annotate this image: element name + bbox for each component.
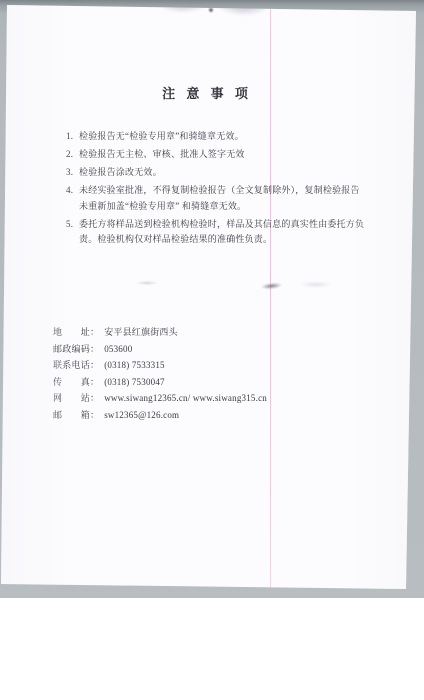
note-item: 4. 未经实验室批准，不得复制检验报告（全文复制除外），复制检验报告未重新加盖“… (66, 183, 365, 214)
contact-label: 传真 (53, 376, 90, 388)
note-item: 1. 检验报告无“检验专用章”和骑缝章无效。 (66, 129, 365, 145)
scan-smudge (158, 0, 208, 13)
contact-value: www.siwang12365.cn/ www.siwang315.cn (104, 392, 267, 404)
contact-colon: ： (90, 326, 99, 338)
note-text: 检验报告涂改无效。 (79, 165, 365, 181)
contact-colon: ： (90, 409, 99, 421)
scanner-background: 注 意 事 项 1. 检验报告无“检验专用章”和骑缝章无效。 2. 检验报告无主… (0, 0, 424, 598)
document-page: 注 意 事 项 1. 检验报告无“检验专用章”和骑缝章无效。 2. 检验报告无主… (0, 0, 424, 598)
scan-smudge (261, 282, 283, 290)
note-number: 5. (66, 217, 79, 248)
note-number: 3. (66, 165, 79, 181)
note-item: 2. 检验报告无主检、审核、批准人签字无效 (66, 147, 365, 163)
contact-label: 邮政编码 (53, 343, 90, 355)
contact-label: 邮箱 (53, 409, 90, 421)
contact-label: 网站 (53, 392, 90, 404)
scanned-document: 注 意 事 项 1. 检验报告无“检验专用章”和骑缝章无效。 2. 检验报告无主… (0, 0, 424, 700)
contact-value: (0318) 7533315 (104, 359, 165, 371)
note-number: 4. (66, 183, 79, 214)
contact-colon: ： (90, 392, 99, 404)
scan-smudge (208, 7, 214, 13)
scan-smudge (300, 282, 332, 287)
contact-row-postcode: 邮政编码：053600 (53, 343, 267, 360)
contact-row-email: 邮箱：sw12365@126.com (53, 409, 267, 426)
scan-smudge (136, 281, 158, 285)
note-text: 委托方将样品送到检验机构检验时，样品及其信息的真实性由委托方负责。检验机构仅对样… (79, 217, 365, 248)
contact-label: 地址 (53, 326, 90, 338)
note-number: 1. (66, 129, 79, 145)
notes-list: 1. 检验报告无“检验专用章”和骑缝章无效。 2. 检验报告无主检、审核、批准人… (66, 129, 365, 250)
contact-label: 联系电话 (53, 359, 90, 371)
contact-row-fax: 传真：(0318) 7530047 (53, 376, 267, 393)
scan-smudge (216, 0, 272, 16)
note-text: 未经实验室批准，不得复制检验报告（全文复制除外），复制检验报告未重新加盖“检验专… (79, 183, 365, 214)
contact-colon: ： (90, 376, 99, 388)
contact-row-website: 网站：www.siwang12365.cn/ www.siwang315.cn (53, 392, 267, 409)
contact-value: 053600 (104, 343, 132, 355)
contact-value: sw12365@126.com (104, 409, 179, 421)
contact-value: 安平县红旗街西头 (104, 326, 178, 338)
page-title: 注 意 事 项 (7, 83, 407, 102)
contact-block: 地址：安平县红旗街西头 邮政编码：053600 联系电话：(0318) 7533… (53, 326, 267, 426)
contact-colon: ： (90, 343, 99, 355)
note-text: 检验报告无主检、审核、批准人签字无效 (79, 147, 365, 163)
note-item: 3. 检验报告涂改无效。 (66, 165, 365, 181)
note-item: 5. 委托方将样品送到检验机构检验时，样品及其信息的真实性由委托方负责。检验机构… (66, 217, 365, 248)
note-text: 检验报告无“检验专用章”和骑缝章无效。 (79, 129, 365, 145)
contact-row-phone: 联系电话：(0318) 7533315 (53, 359, 267, 376)
contact-value: (0318) 7530047 (104, 376, 165, 388)
contact-colon: ： (90, 359, 99, 371)
note-number: 2. (66, 147, 79, 163)
contact-row-address: 地址：安平县红旗街西头 (53, 326, 267, 343)
